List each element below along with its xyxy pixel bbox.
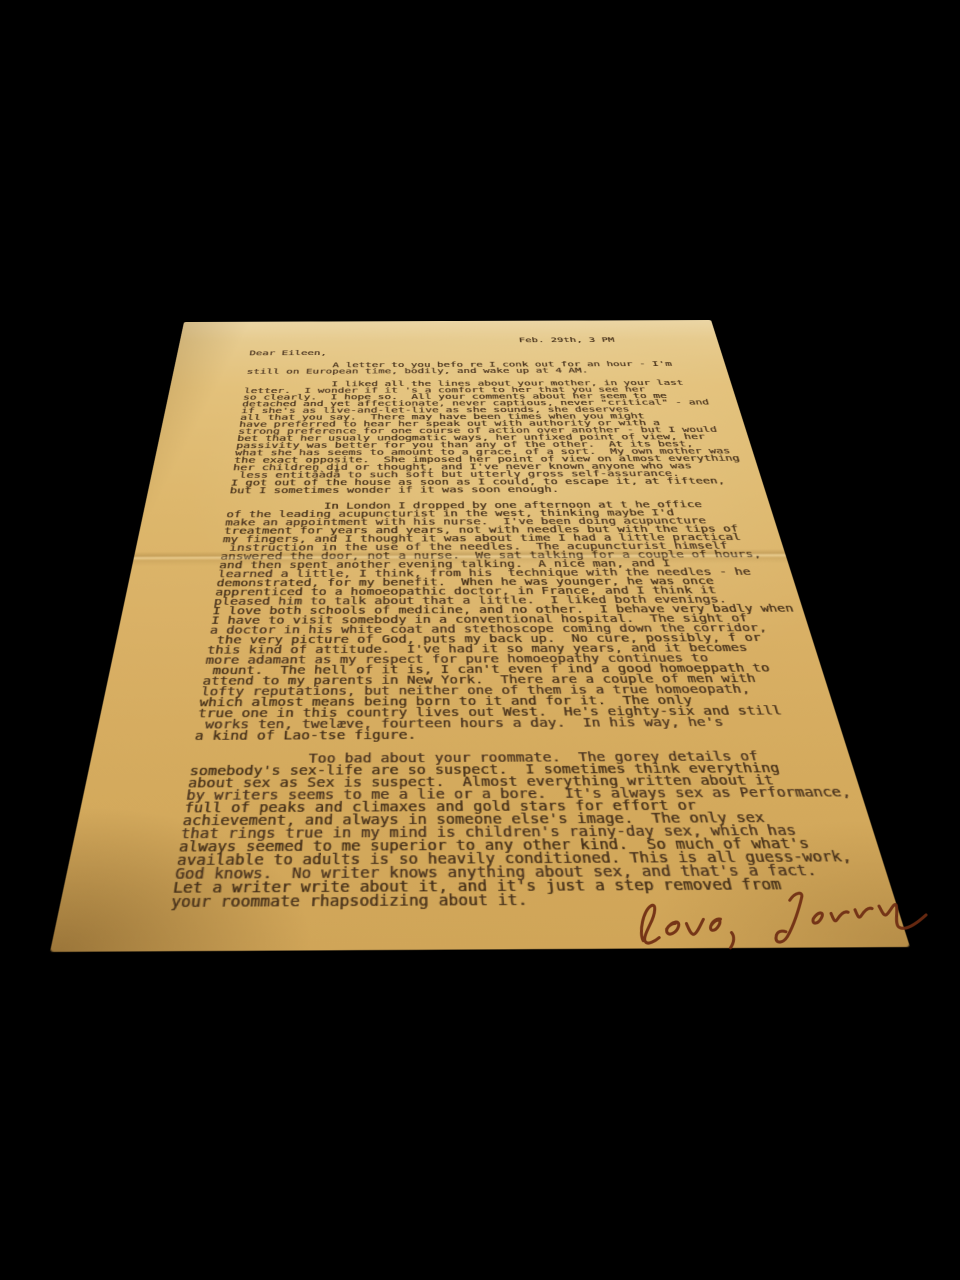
signature-stroke-J — [773, 893, 805, 942]
signature-stroke-e2 — [813, 913, 823, 923]
signature-stroke-r2 — [855, 908, 873, 917]
letter-paper: Feb. 29th, 3 PM Dear Eileen, A letter to… — [50, 320, 910, 952]
signature-stroke-e — [710, 919, 721, 931]
signature-stroke-r1 — [831, 912, 849, 921]
typed-letter-body: Feb. 29th, 3 PM Dear Eileen, A letter to… — [59, 320, 886, 911]
signature-stroke-y-tail — [879, 902, 927, 929]
signature-stroke-o — [666, 922, 679, 934]
signature-stroke-comma — [729, 932, 734, 947]
photo-backdrop: Feb. 29th, 3 PM Dear Eileen, A letter to… — [0, 0, 960, 1280]
signature-stroke-L — [640, 905, 660, 944]
signature-stroke-v — [686, 919, 704, 934]
